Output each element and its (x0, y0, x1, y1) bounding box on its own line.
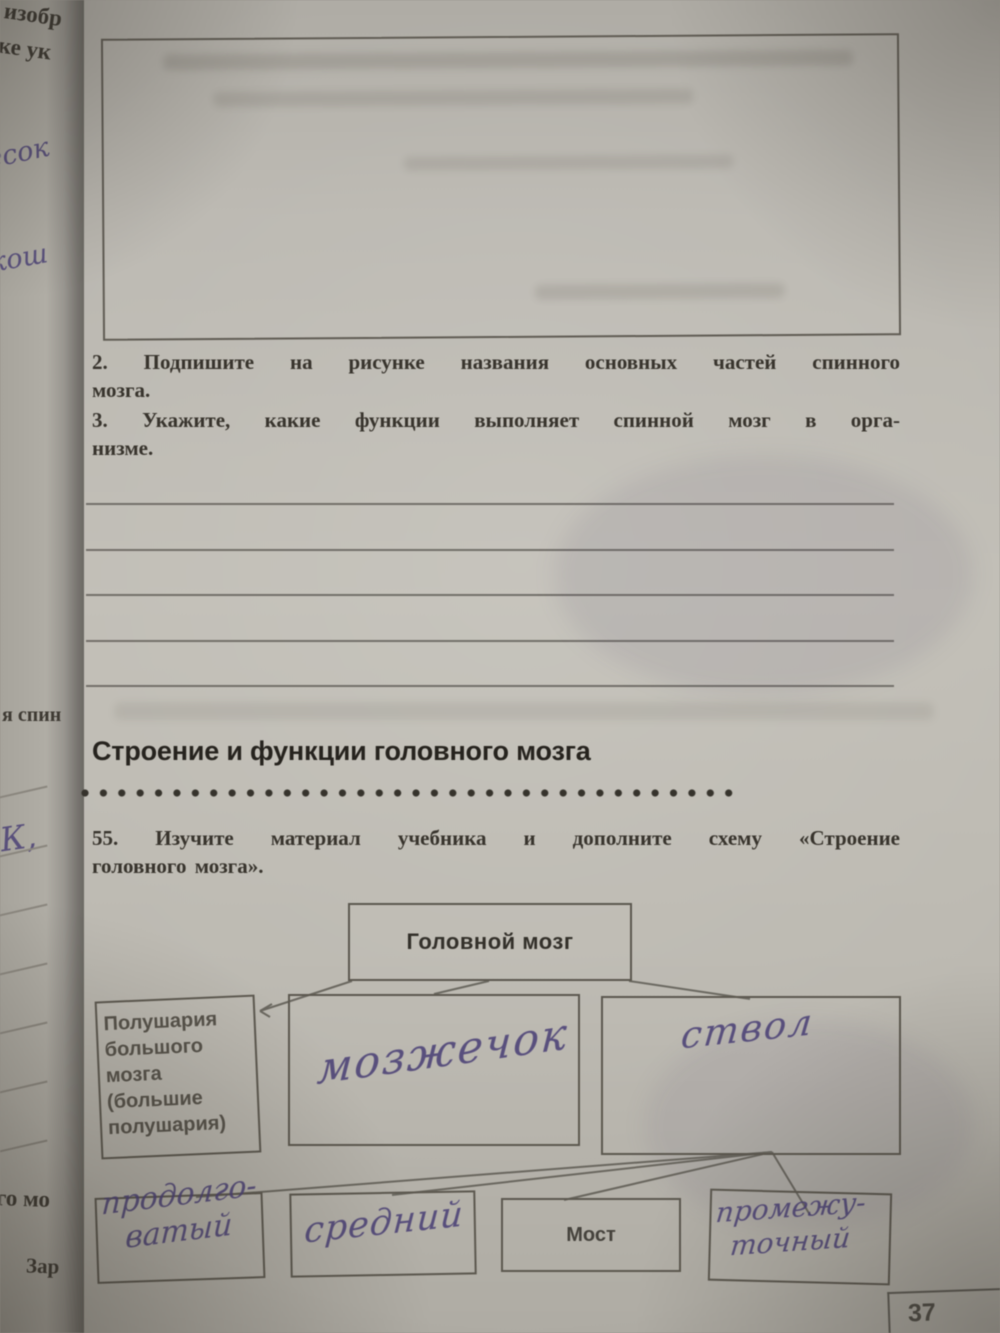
task-3-text: 3. Укажите, какие функции выполняет спин… (92, 406, 900, 462)
page-number: 37 (889, 1292, 936, 1329)
drawing-frame (101, 33, 901, 341)
task-55-line-1: 55. Изучите материал учебника и дополнит… (92, 824, 900, 852)
diagram-label-brain: Головной мозг (406, 929, 573, 955)
diagram-box-brain: Головной мозг (348, 903, 632, 981)
left-page-text-fragment: изобр (2, 0, 63, 32)
brain-structure-diagram: Головной мозг Полушария большого мозга (… (84, 895, 1000, 1333)
ink-showthrough (163, 50, 853, 71)
workbook-page: 2. Подпишите на рисунке названия основны… (84, 0, 1000, 1333)
left-page-ruled-line (0, 1081, 47, 1096)
task-55-text: 55. Изучите материал учебника и дополнит… (92, 824, 900, 880)
ink-showthrough (114, 702, 934, 720)
left-page-text-fragment: я спин (2, 704, 61, 727)
task-2-line-1: 2. Подпишите на рисунке названия основны… (92, 348, 900, 376)
page-number-box: 37 (887, 1288, 1000, 1333)
workbook-photo: изобр ке ук есок кош я спин К, го мо Зар… (0, 0, 1000, 1333)
left-page-ruled-line (0, 963, 47, 978)
task-3-line-1: 3. Укажите, какие функции выполняет спин… (92, 406, 900, 434)
left-page-ruled-line (0, 1140, 47, 1155)
left-page-handwriting-fragment: кош (0, 238, 50, 279)
ink-showthrough (213, 89, 693, 107)
left-page-ruled-line (0, 786, 47, 801)
left-page-handwriting-fragment: есок (0, 132, 52, 176)
diagram-label-pons: Мост (566, 1224, 616, 1247)
left-page-edge: изобр ке ук есок кош я спин К, го мо Зар (0, 0, 84, 1333)
section-heading: Строение и функции головного мозга (92, 736, 591, 767)
diagram-box-hemispheres: Полушария большого мозга (большие полуша… (95, 995, 262, 1160)
left-page-text-fragment: Зар (26, 1253, 60, 1279)
task-2-text: 2. Подпишите на рисунке названия основны… (92, 348, 900, 404)
dotted-separator (80, 787, 740, 799)
left-page-ruled-line (0, 1022, 47, 1037)
left-page-ruled-line (0, 904, 47, 919)
ink-showthrough (535, 283, 785, 300)
handwritten-answer-diencephalon: промежу- точный (711, 1185, 868, 1264)
task-55-line-2: головного мозга». (92, 852, 900, 880)
diagram-label-hemispheres: Полушария большого мозга (большие полуша… (103, 1008, 226, 1139)
ink-showthrough (404, 154, 734, 170)
diagram-box-pons: Мост (501, 1198, 681, 1272)
left-page-text-fragment: го мо (0, 1185, 50, 1213)
task-2-line-2: мозга. (92, 376, 900, 404)
left-page-text-fragment: ке ук (0, 32, 53, 65)
smudge (554, 455, 974, 695)
